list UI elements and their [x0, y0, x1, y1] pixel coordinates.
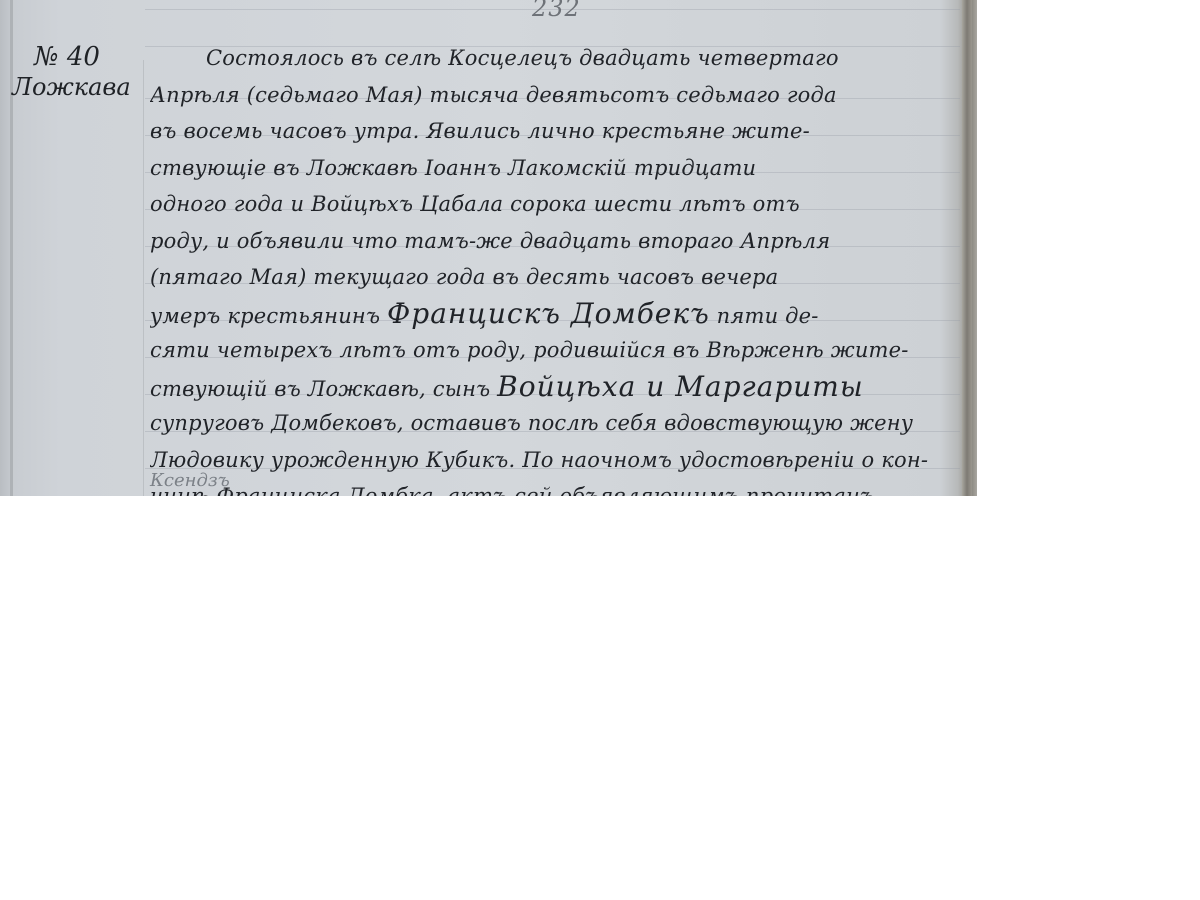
record-line: чинѣ Франциска Домбка, актъ сей объявляю…: [150, 478, 960, 496]
record-line: умеръ крестьянинъ Францискъ Домбекъ пяти…: [150, 296, 960, 333]
blank-area-bottom: [0, 496, 1200, 900]
trailing-signature: Ксендзъ: [150, 470, 230, 491]
entry-place: Ложкава: [12, 72, 142, 102]
record-line: одного года и Войцѣхъ Цабала сорока шест…: [150, 186, 960, 223]
record-text: умеръ крестьянинъ: [150, 304, 387, 328]
margin-rule: [143, 60, 144, 496]
record-line: Людовику урожденную Кубикъ. По наочномъ …: [150, 442, 960, 479]
page-number: 232: [532, 0, 581, 22]
record-body: Состоялось въ селѣ Косцелецъ двадцать че…: [150, 40, 960, 496]
document-scan: 232 № 40 Ложкава Состоялось въ селѣ Косц…: [0, 0, 977, 496]
record-line: роду, и объявили что тамъ-же двадцать вт…: [150, 223, 960, 260]
book-binding: [962, 0, 972, 496]
record-line: (пятаго Мая) текущаго года въ десять час…: [150, 259, 960, 296]
record-line: въ восемь часовъ утра. Явились лично кре…: [150, 113, 960, 150]
margin-note: № 40 Ложкава: [12, 42, 142, 102]
record-line: Состоялось въ селѣ Косцелецъ двадцать че…: [150, 40, 960, 77]
record-text: ствующій въ Ложкавѣ, сынъ: [150, 377, 497, 401]
record-line: ствующій въ Ложкавѣ, сынъ Войцѣха и Марг…: [150, 369, 960, 406]
record-line: ствующіе въ Ложкавѣ Іоаннъ Лакомскій три…: [150, 150, 960, 187]
parents-names: Войцѣха и Маргариты: [497, 370, 863, 403]
blank-area-right: [977, 0, 1200, 496]
record-text: пяти де-: [710, 304, 819, 328]
entry-number: № 40: [12, 42, 142, 72]
record-line: супруговъ Домбековъ, оставивъ послѣ себя…: [150, 405, 960, 442]
record-line: Апрѣля (седьмаго Мая) тысяча девятьсотъ …: [150, 77, 960, 114]
deceased-name: Францискъ Домбекъ: [387, 297, 710, 330]
record-line: сяти четырехъ лѣтъ отъ роду, родившійся …: [150, 332, 960, 369]
